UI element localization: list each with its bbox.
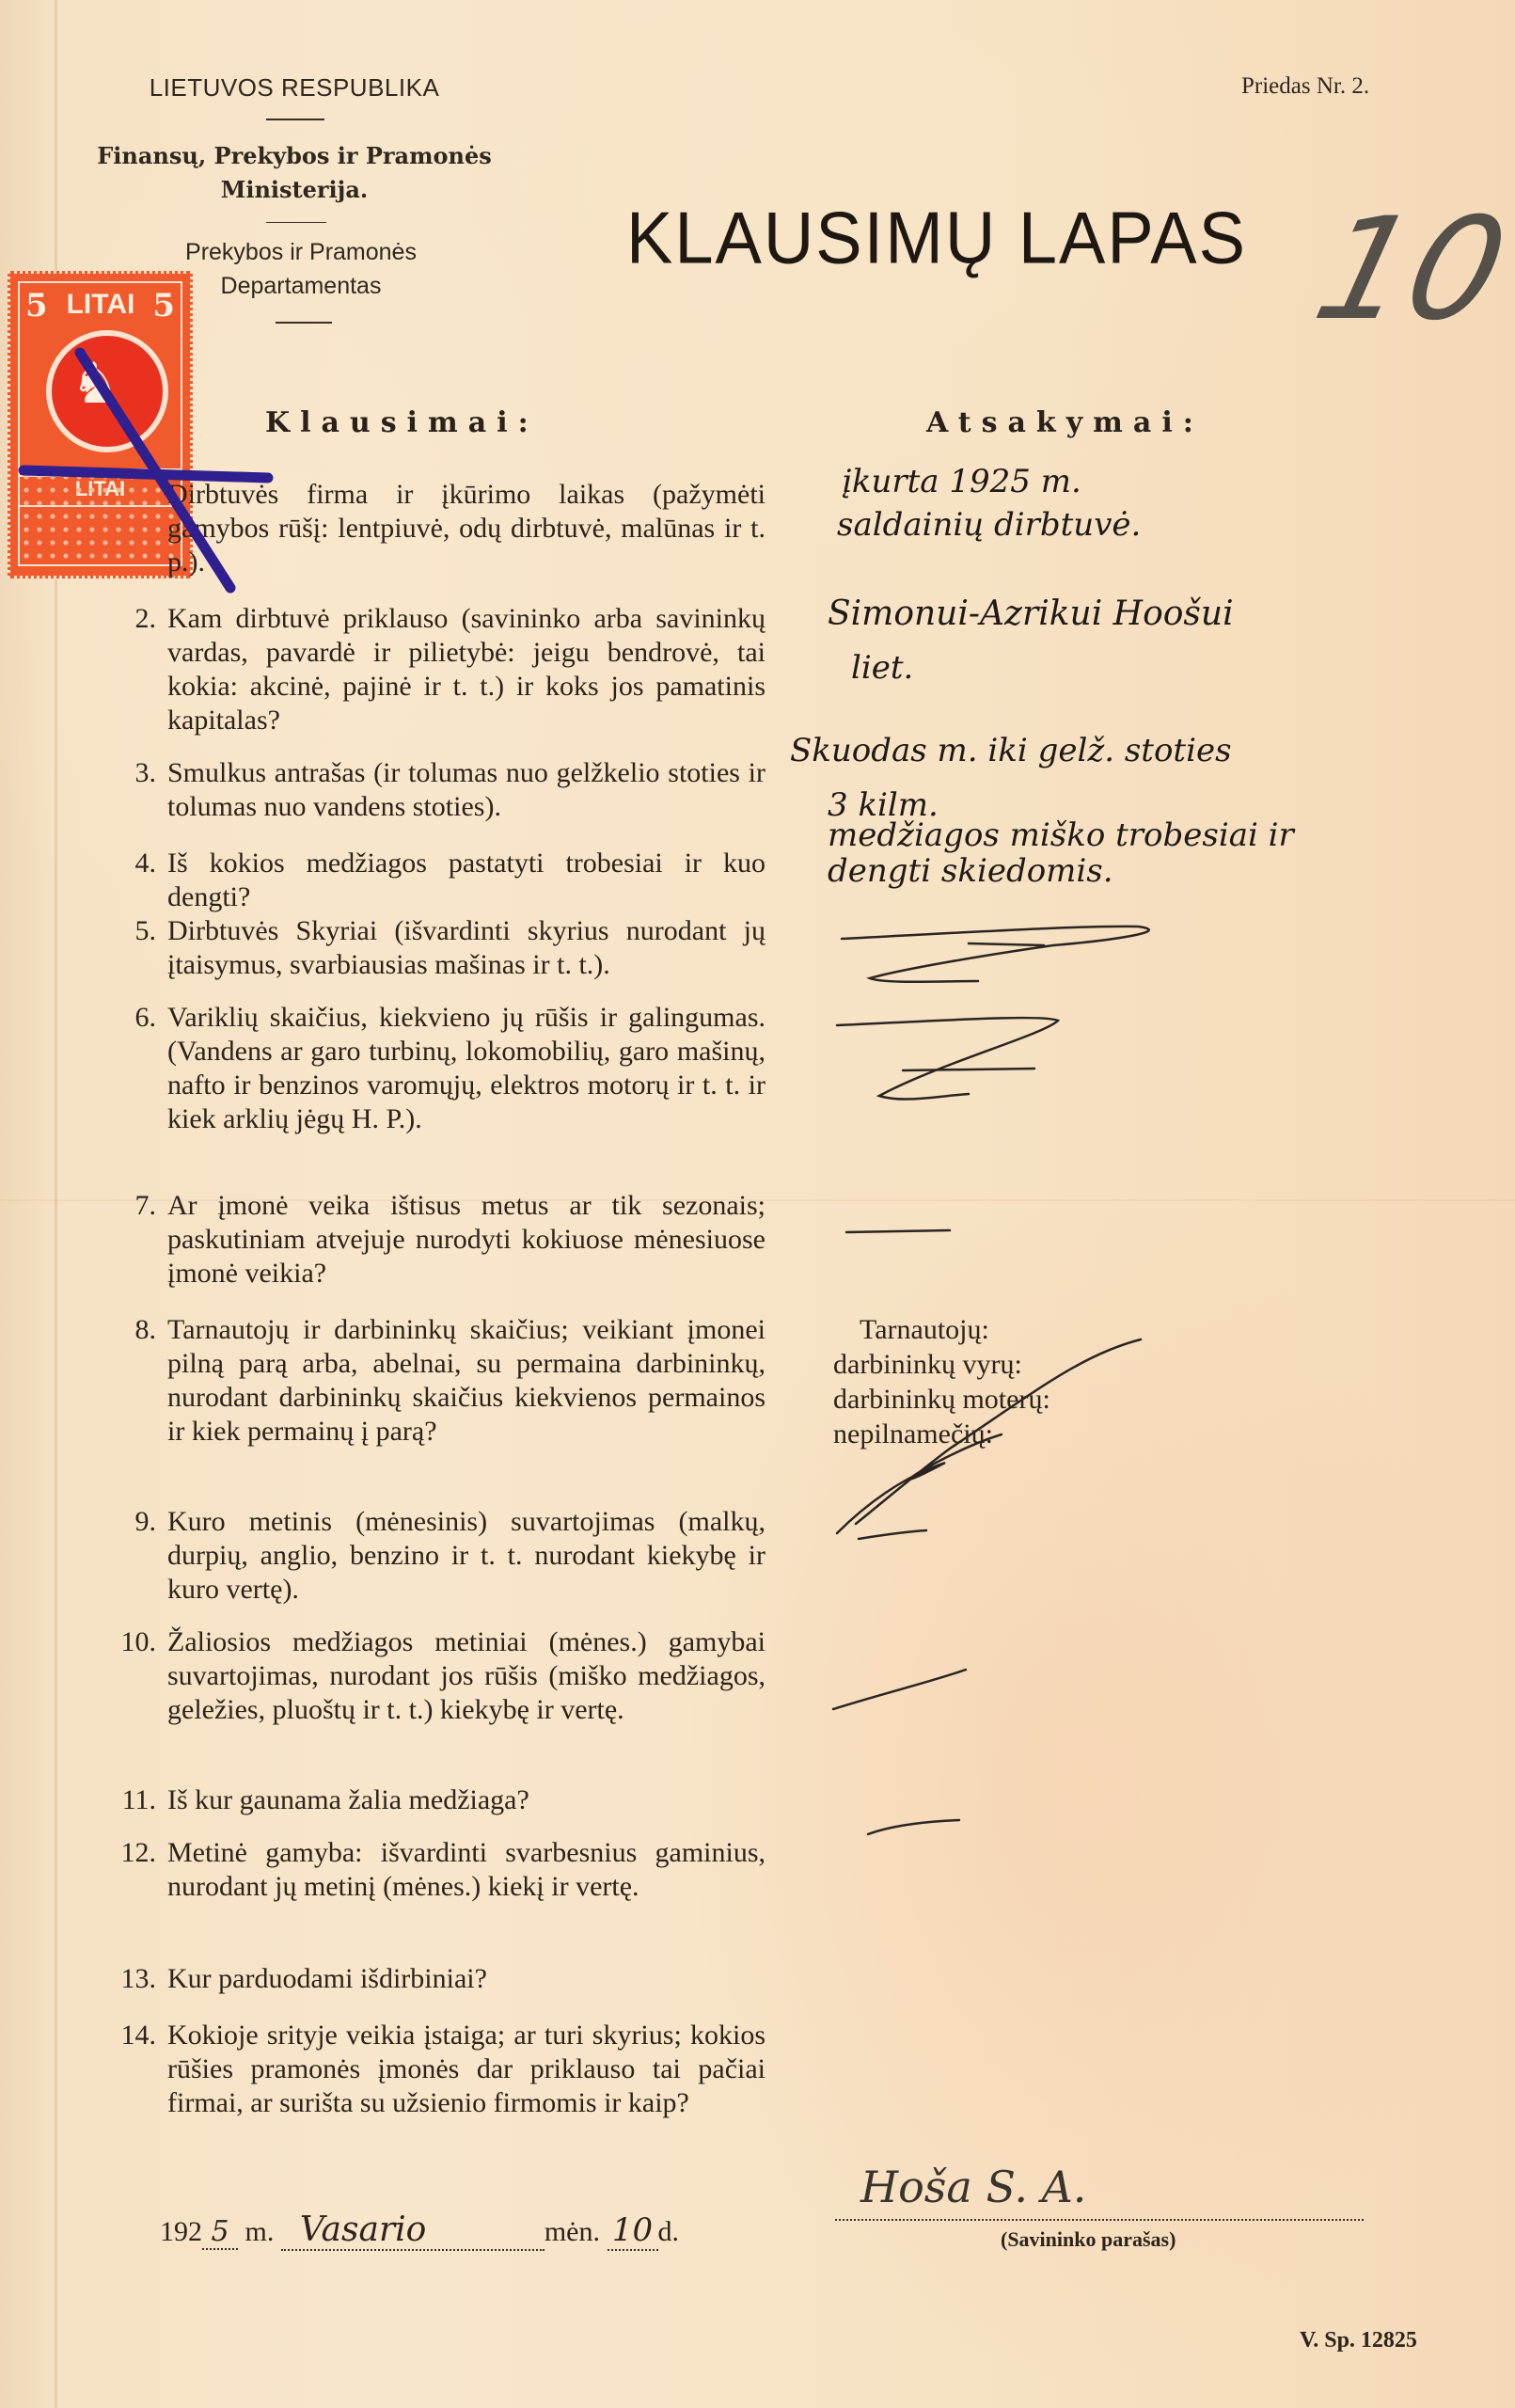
year-suffix: m. — [245, 2216, 275, 2247]
day-suffix: d. — [658, 2216, 680, 2247]
question-number: 3. — [103, 756, 156, 790]
question-text: Kokioje srityje veikia įstaiga; ar turi … — [167, 2019, 765, 2120]
questions-heading: Klausimai: — [265, 406, 539, 439]
question-item: 5. Dirbtuvės Skyriai (išvardinti skyrius… — [103, 914, 765, 982]
question-text: Dirbtuvės Skyriai (išvardinti skyrius nu… — [167, 914, 765, 982]
question-text: Kur parduodami išdirbiniai? — [167, 1962, 765, 1996]
stamp-denomination: 5 — [25, 287, 48, 325]
question-text: Dirbtuvės firma ir įkūrimo laikas (pažym… — [167, 478, 765, 579]
question-item: 14. Kokioje srityje veikia įstaiga; ar t… — [103, 2019, 765, 2120]
question-item: 9. Kuro metinis (mėnesinis) suvartojimas… — [103, 1505, 765, 1607]
date-line: 1925 m. Vasariomėn. 10d. — [160, 2210, 679, 2251]
question-item: 1. Dirbtuvės firma ir įkūrimo laikas (pa… — [103, 478, 765, 579]
question-item: 4. Iš kokios medžiagos pastatyti trobesi… — [103, 847, 765, 914]
question-number: 2. — [103, 602, 156, 636]
republic-heading: LIETUVOS RESPUBLIKA — [94, 73, 495, 103]
answer-4-line-2: dengti skiedomis. — [828, 852, 1113, 890]
question-text: Smulkus antrašas (ir tolumas nuo gelžkel… — [167, 756, 765, 824]
stamp-currency: LITAI — [55, 289, 146, 321]
month-field: Vasario — [281, 2210, 544, 2251]
appendix-label: Priedas Nr. 2. — [1241, 73, 1369, 100]
question-text: Tarnautojų ir darbininkų skaičius; veiki… — [167, 1313, 765, 1449]
label-female-workers: darbininkų moterų: — [833, 1382, 1050, 1417]
label-minors: nepilnamečių: — [833, 1417, 1050, 1451]
question-item: 3. Smulkus antrašas (ir tolumas nuo gelž… — [103, 756, 765, 824]
signature-caption: (Savininko parašas) — [1001, 2227, 1176, 2252]
question-number: 9. — [103, 1505, 156, 1539]
question-number: 8. — [103, 1313, 156, 1347]
answer-2-line-1: Simonui-Azrikui Hoošui — [828, 594, 1234, 633]
stamp-denomination: 5 — [152, 287, 175, 325]
divider — [266, 222, 326, 223]
signature-line — [835, 2219, 1364, 2221]
page-title: KLAUSIMŲ LAPAS — [626, 196, 1247, 279]
question-item: 2. Kam dirbtuvė priklauso (savininko arb… — [103, 602, 765, 737]
answers-heading: Atsakymai: — [926, 406, 1204, 439]
question-item: 6. Variklių skaičius, kiekvieno jų rūšis… — [103, 1001, 765, 1136]
year-prefix: 192 — [160, 2216, 202, 2247]
question-number: 7. — [103, 1189, 156, 1223]
question-item: 7. Ar įmonė veika ištisus metus ar tik s… — [103, 1189, 765, 1291]
question-number: 5. — [103, 914, 156, 948]
knight-icon: ♞ — [71, 351, 121, 417]
answer-1-line-1: įkurta 1925 m. — [842, 463, 1081, 500]
sheet-number: 10 — [1301, 188, 1515, 352]
answer-3-line-1: Skuodas m. iki gelž. stoties — [790, 732, 1232, 769]
day-field: 10 — [608, 2211, 658, 2251]
question-item: 12. Metinė gamyba: išvardinti svarbesniu… — [103, 1836, 765, 1904]
question-text: Ar įmonė veika ištisus metus ar tik sezo… — [167, 1189, 765, 1291]
question-number: 4. — [103, 847, 156, 880]
owner-signature: Hoša S. A. — [860, 2162, 1086, 2212]
question-number: 14. — [103, 2019, 156, 2052]
month-suffix: mėn. — [544, 2216, 600, 2247]
question-number: 13. — [103, 1962, 156, 1996]
question-number: 11. — [103, 1783, 156, 1817]
question-text: Kam dirbtuvė priklauso (savininko arba s… — [167, 602, 765, 737]
divider — [266, 119, 324, 120]
question-number: 10. — [103, 1625, 156, 1659]
ministry-line-2: Ministerija. — [75, 173, 513, 207]
question-text: Metinė gamyba: išvardinti svarbesnius ga… — [167, 1836, 765, 1904]
question-item: 10. Žaliosios medžiagos metiniai (mėnes.… — [103, 1625, 765, 1727]
answer-1-line-2: saldainių dirbtuvė. — [837, 506, 1141, 544]
question-item: 8. Tarnautojų ir darbininkų skaičius; ve… — [103, 1313, 765, 1449]
ministry-heading: Finansų, Prekybos ir Pramonės Ministerij… — [75, 139, 513, 207]
question-text: Iš kur gaunama žalia medžiaga? — [167, 1783, 765, 1817]
year-digit-field: 5 — [202, 2215, 238, 2250]
label-employees: Tarnautojų: — [833, 1312, 1050, 1347]
label-male-workers: darbininkų vyrų: — [833, 1347, 1050, 1382]
employee-count-labels: Tarnautojų: darbininkų vyrų: darbininkų … — [833, 1312, 1050, 1451]
question-text: Žaliosios medžiagos metiniai (mėnes.) ga… — [167, 1625, 765, 1727]
question-number: 6. — [103, 1001, 156, 1035]
question-text: Variklių skaičius, kiekvieno jų rūšis ir… — [167, 1001, 765, 1136]
question-item: 11. Iš kur gaunama žalia medžiaga? — [103, 1783, 765, 1817]
ministry-line-1: Finansų, Prekybos ir Pramonės — [75, 139, 513, 173]
print-code: V. Sp. 12825 — [1300, 2328, 1417, 2353]
answer-4-line-1: medžiagos miško trobesiai ir — [828, 816, 1294, 854]
question-number: 12. — [103, 1836, 156, 1870]
department-line-1: Prekybos ir Pramonės — [113, 235, 489, 269]
question-text: Kuro metinis (mėnesinis) suvartojimas (m… — [167, 1505, 765, 1607]
question-item: 13. Kur parduodami išdirbiniai? — [103, 1962, 765, 1996]
question-text: Iš kokios medžiagos pastatyti trobesiai … — [167, 847, 765, 914]
divider — [276, 322, 332, 324]
answer-2-line-2: liet. — [851, 649, 913, 687]
